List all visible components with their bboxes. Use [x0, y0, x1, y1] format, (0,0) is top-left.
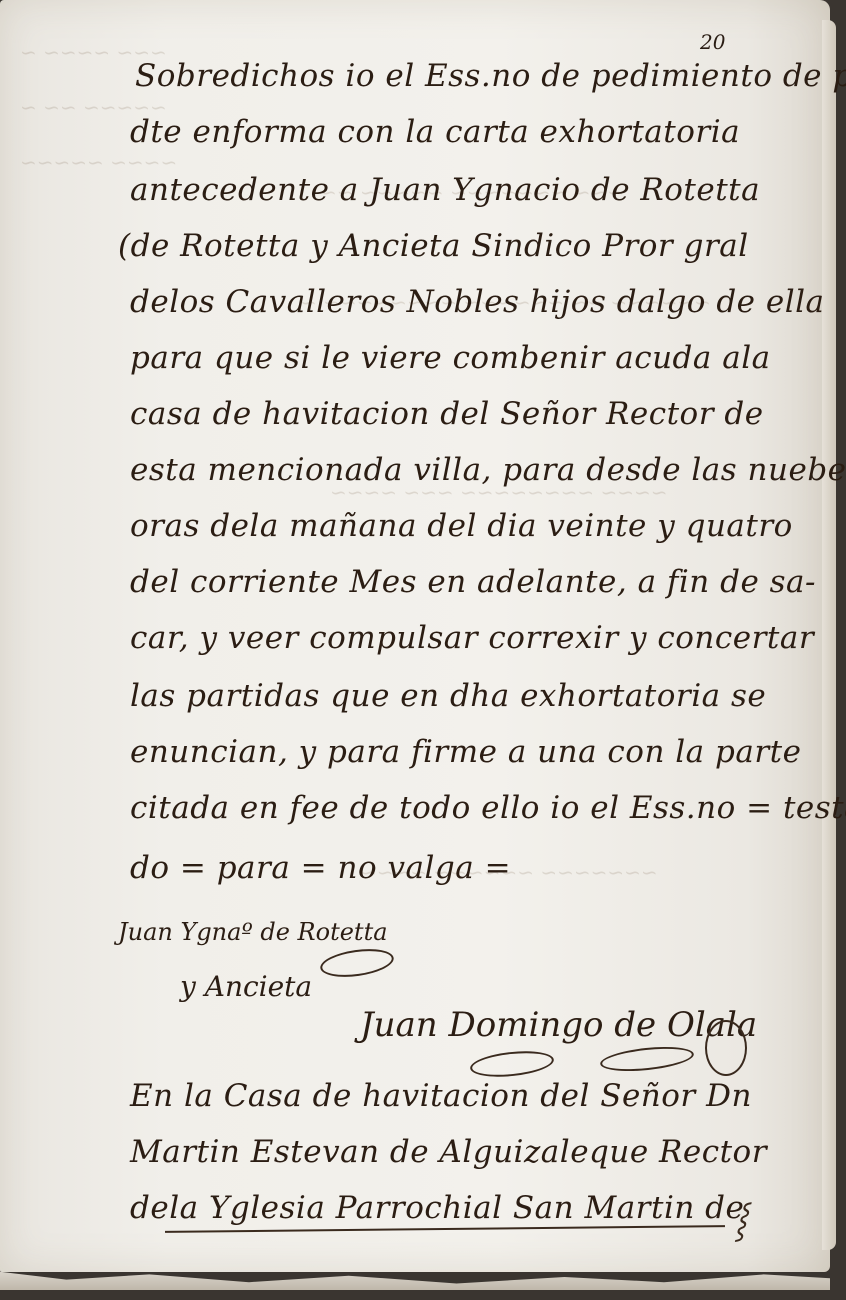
- body-line: casa de havitacion del Señor Rector de: [130, 396, 764, 432]
- body-line: delos Cavalleros Nobles hijos dalgo de e…: [130, 284, 825, 320]
- body-line: car, y veer compulsar correxir y concert…: [130, 620, 814, 656]
- body-line: Sobredichos io el Ess.no de pedimiento d…: [135, 58, 846, 94]
- signature-flourish: [319, 945, 396, 981]
- body-line: citada en fee de todo ello io el Ess.no …: [130, 790, 846, 826]
- signature-rotetta: Juan Ygnaº de Rotetta: [118, 918, 388, 946]
- signature-flourish: [705, 1020, 747, 1076]
- body-line: do = para = no valga =: [130, 850, 511, 886]
- body-line: enuncian, y para firme a una con la part…: [130, 734, 801, 770]
- bleed-through-text: ~~~~ ~~~~~: [20, 150, 177, 174]
- body-line: (de Rotetta y Ancieta Sindico Pror gral: [118, 228, 749, 264]
- signature-notary: Juan Domingo de Olala: [360, 1005, 757, 1045]
- manuscript-page: ~~~ ~~~~ ~ ~~~~~ ~~ ~ ~~~~ ~~~~~ ~~~ ~~~…: [0, 0, 830, 1272]
- signature-ancieta: y Ancieta: [180, 970, 312, 1003]
- body-line: dte enforma con la carta exhortatoria: [130, 114, 740, 150]
- folio-number: 20: [700, 30, 725, 54]
- body-line: antecedente a Juan Ygnacio de Rotetta: [130, 172, 760, 208]
- signature-flourish: [469, 1048, 555, 1081]
- body-line: las partidas que en dha exhortatoria se: [130, 678, 766, 714]
- closing-line: En la Casa de havitacion del Señor Dn: [130, 1078, 752, 1114]
- page-edge-bottom: [0, 1264, 830, 1290]
- rule-flourish: ⸾: [735, 1195, 747, 1241]
- body-line: oras dela mañana del dia veinte y quatro: [130, 508, 793, 544]
- page-edge-right: [822, 20, 836, 1250]
- body-line: del corriente Mes en adelante, a fin de …: [130, 564, 816, 600]
- body-line: esta mencionada villa, para desde las nu…: [130, 452, 846, 488]
- signature-flourish: [599, 1043, 695, 1075]
- closing-line: dela Yglesia Parrochial San Martin de: [130, 1190, 744, 1226]
- closing-line: Martin Estevan de Alguizaleque Rector: [130, 1134, 767, 1170]
- body-line: para que si le viere combenir acuda ala: [130, 340, 771, 376]
- closing-rule-line: [165, 1225, 725, 1233]
